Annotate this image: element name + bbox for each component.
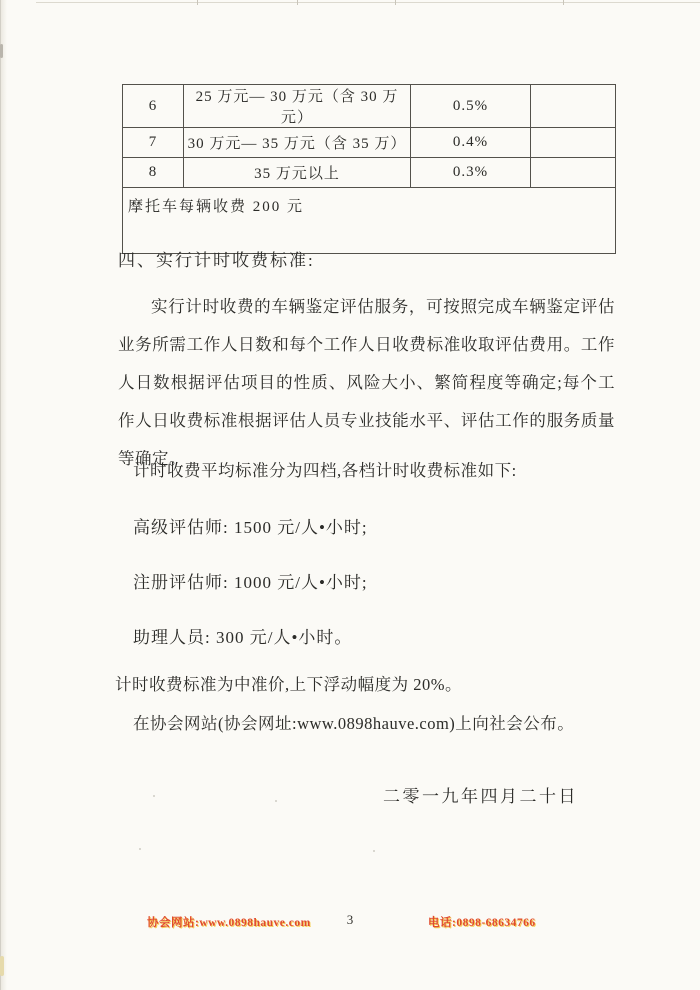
section-4-heading: 四、实行计时收费标准: [118,246,315,271]
document-page: 6 25 万元— 30 万元（含 30 万元） 0.5% 7 30 万元— 35… [0,0,700,990]
rate-cell: 0.5% [411,85,531,128]
table-row: 8 35 万元以上 0.3% [123,158,616,188]
scan-artifact-speck [139,848,141,850]
scan-artifact-tick [197,0,198,5]
scan-artifact-tick [563,0,564,5]
scan-artifact-speck [373,850,375,852]
row-number-cell: 6 [123,85,184,128]
scan-artifact-left-shade [0,0,7,990]
scan-artifact-tick [297,0,298,5]
document-date: 二零一九年四月二十日 [383,782,578,807]
value-range-cell: 35 万元以上 [184,158,411,188]
scan-artifact-tick [395,0,396,5]
row-number-cell: 7 [123,128,184,158]
row-number-cell: 8 [123,158,184,188]
timed-fee-intro-paragraph: 实行计时收费的车辆鉴定评估服务，可按照完成车辆鉴定评估业务所需工作人日数和每个工… [118,288,615,478]
scan-artifact-smudge [0,956,4,976]
scan-artifact-smudge [0,44,3,58]
motorcycle-fee-note: 摩托车每辆收费 200 元 [123,188,616,254]
tier-senior-appraiser-line: 高级评估师: 1500 元/人•小时; [133,513,368,538]
value-range-cell: 30 万元— 35 万元（含 35 万） [184,128,411,158]
tier-registered-appraiser-line: 注册评估师: 1000 元/人•小时; [133,568,368,593]
blank-cell [531,85,616,128]
blank-cell [531,158,616,188]
scan-artifact-speck [275,800,277,802]
table-row: 6 25 万元— 30 万元（含 30 万元） 0.5% [123,85,616,128]
blank-cell [531,128,616,158]
rate-cell: 0.4% [411,128,531,158]
value-range-cell: 25 万元— 30 万元（含 30 万元） [184,85,411,128]
scan-artifact-top-line [36,2,700,3]
table-row: 7 30 万元— 35 万元（含 35 万） 0.4% [123,128,616,158]
scan-artifact-left-line [0,0,1,990]
table-row: 摩托车每辆收费 200 元 [123,188,616,254]
footer-page-number: 3 [0,912,700,928]
rate-cell: 0.3% [411,158,531,188]
tier-intro-line: 计时收费平均标准分为四档,各档计时收费标准如下: [133,457,517,481]
publish-website-note: 在协会网站(协会网址:www.0898hauve.com)上向社会公布。 [133,710,574,734]
footer-phone: 电话:0898-68634766 [428,914,536,930]
tier-assistant-line: 助理人员: 300 元/人•小时。 [133,623,352,648]
scan-artifact-speck [153,795,155,797]
float-range-note: 计时收费标准为中准价,上下浮动幅度为 20%。 [115,671,462,695]
fee-rate-table: 6 25 万元— 30 万元（含 30 万元） 0.5% 7 30 万元— 35… [122,84,616,254]
